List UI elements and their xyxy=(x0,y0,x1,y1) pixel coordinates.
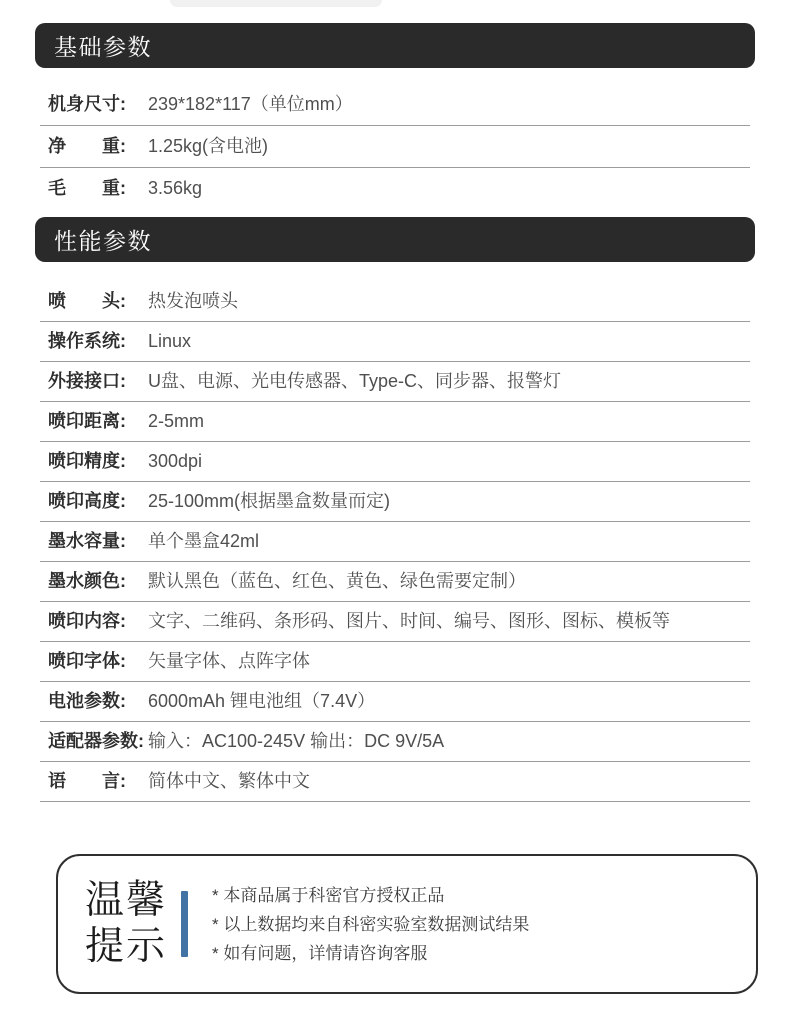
spec-value: 矢量字体、点阵字体 xyxy=(148,651,310,672)
table-row: 喷印距离: 2-5mm xyxy=(40,402,750,442)
table-row: 喷 头: 热发泡喷头 xyxy=(40,282,750,322)
section-header-basic-params: 基础参数 xyxy=(35,23,755,68)
table-row: 喷印精度: 300dpi xyxy=(40,442,750,482)
spec-label: 喷印字体: xyxy=(40,651,148,672)
tips-title-line1: 温馨 xyxy=(85,878,167,924)
tips-list: * 本商品属于科密官方授权正品 * 以上数据均来自科密实验室数据测试结果 * 如… xyxy=(212,881,529,968)
spec-label: 喷印精度: xyxy=(40,451,148,472)
spec-label: 适配器参数: xyxy=(40,731,148,752)
spec-label: 操作系统: xyxy=(40,331,148,352)
spec-label: 喷 头: xyxy=(40,291,148,312)
spec-label: 电池参数: xyxy=(40,691,148,712)
tip-line: * 以上数据均来自科密实验室数据测试结果 xyxy=(212,910,529,939)
spec-label: 毛 重: xyxy=(40,178,148,199)
section-title: 基础参数 xyxy=(54,29,152,62)
spec-value: 热发泡喷头 xyxy=(148,291,238,312)
table-row: 喷印高度: 25-100mm(根据墨盒数量而定) xyxy=(40,482,750,522)
spec-value: 6000mAh 锂电池组（7.4V） xyxy=(148,691,375,712)
spec-value: 25-100mm(根据墨盒数量而定) xyxy=(148,491,390,512)
tip-line: * 本商品属于科密官方授权正品 xyxy=(212,881,529,910)
table-row: 机身尺寸: 239*182*117（单位mm） xyxy=(40,84,750,126)
spec-value: 简体中文、繁体中文 xyxy=(148,771,310,792)
spec-label: 喷印距离: xyxy=(40,411,148,432)
table-row: 操作系统: Linux xyxy=(40,322,750,362)
section-title: 性能参数 xyxy=(54,223,152,256)
spec-value: Linux xyxy=(148,331,191,352)
spec-value: 3.56kg xyxy=(148,178,202,199)
performance-params-table: 喷 头: 热发泡喷头 操作系统: Linux 外接接口: U盘、电源、光电传感器… xyxy=(40,282,750,802)
cutoff-element-bottom-edge xyxy=(170,0,382,7)
spec-sheet: 基础参数 机身尺寸: 239*182*117（单位mm） 净 重: 1.25kg… xyxy=(0,0,790,994)
warm-tips-box: 温馨 提示 * 本商品属于科密官方授权正品 * 以上数据均来自科密实验室数据测试… xyxy=(56,854,758,994)
spec-label: 外接接口: xyxy=(40,371,148,392)
table-row: 外接接口: U盘、电源、光电传感器、Type-C、同步器、报警灯 xyxy=(40,362,750,402)
table-row: 语 言: 简体中文、繁体中文 xyxy=(40,762,750,802)
vertical-divider-bar xyxy=(181,891,188,957)
spec-value: 239*182*117（单位mm） xyxy=(148,94,353,115)
table-row: 净 重: 1.25kg(含电池) xyxy=(40,126,750,168)
spec-label: 净 重: xyxy=(40,136,148,157)
spec-value: 默认黑色（蓝色、红色、黄色、绿色需要定制） xyxy=(148,571,526,592)
spec-label: 机身尺寸: xyxy=(40,94,148,115)
spec-label: 语 言: xyxy=(40,771,148,792)
table-row: 墨水颜色: 默认黑色（蓝色、红色、黄色、绿色需要定制） xyxy=(40,562,750,602)
table-row: 毛 重: 3.56kg xyxy=(40,168,750,209)
spec-value: 300dpi xyxy=(148,451,202,472)
spec-value: U盘、电源、光电传感器、Type-C、同步器、报警灯 xyxy=(148,371,561,392)
spec-label: 喷印高度: xyxy=(40,491,148,512)
basic-params-table: 机身尺寸: 239*182*117（单位mm） 净 重: 1.25kg(含电池)… xyxy=(40,84,750,209)
spec-value: 单个墨盒42ml xyxy=(148,531,259,552)
spec-label: 墨水容量: xyxy=(40,531,148,552)
spec-label: 喷印内容: xyxy=(40,611,148,632)
spec-label: 墨水颜色: xyxy=(40,571,148,592)
tips-title-line2: 提示 xyxy=(85,924,167,970)
table-row: 喷印字体: 矢量字体、点阵字体 xyxy=(40,642,750,682)
table-row: 电池参数: 6000mAh 锂电池组（7.4V） xyxy=(40,682,750,722)
section-header-performance-params: 性能参数 xyxy=(35,217,755,262)
table-row: 适配器参数: 输入：AC100-245V 输出：DC 9V/5A xyxy=(40,722,750,762)
tips-title: 温馨 提示 xyxy=(85,878,167,970)
spec-value: 输入：AC100-245V 输出：DC 9V/5A xyxy=(148,731,444,752)
table-row: 喷印内容: 文字、二维码、条形码、图片、时间、编号、图形、图标、模板等 xyxy=(40,602,750,642)
spec-value: 1.25kg(含电池) xyxy=(148,136,268,157)
spec-value: 文字、二维码、条形码、图片、时间、编号、图形、图标、模板等 xyxy=(148,611,670,632)
spec-value: 2-5mm xyxy=(148,411,204,432)
table-row: 墨水容量: 单个墨盒42ml xyxy=(40,522,750,562)
tip-line: * 如有问题，详情请咨询客服 xyxy=(212,939,529,968)
